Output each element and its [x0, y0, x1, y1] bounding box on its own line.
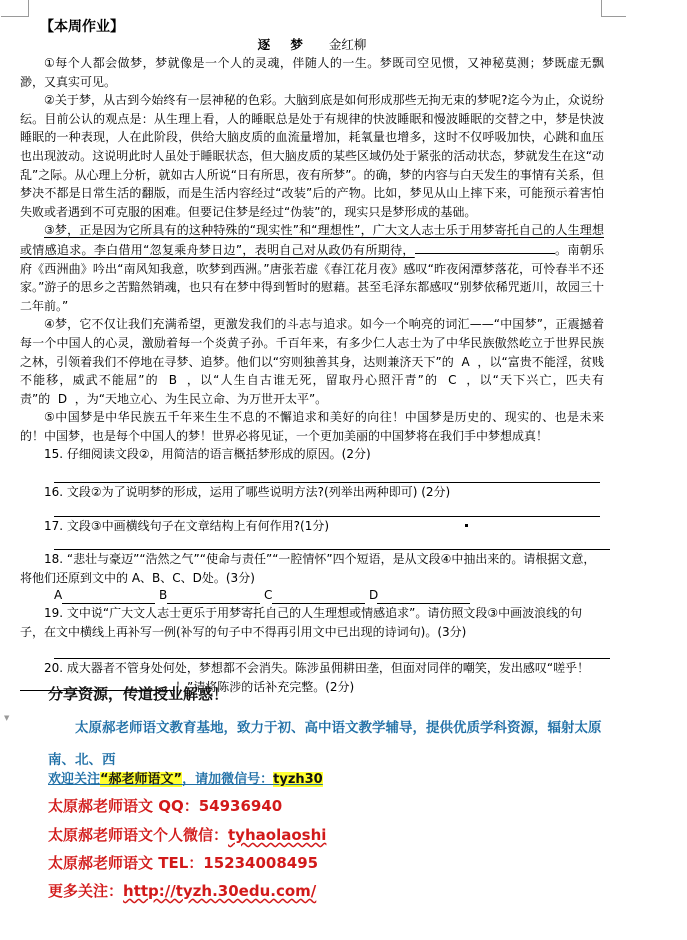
qq-label: 太原郝老师语文 QQ： [48, 797, 199, 815]
article-author: 金红柳 [329, 37, 367, 52]
follow-mid: ，请加微信号： [182, 772, 273, 787]
promo-intro: 太原郝老师语文教育基地，致力于初、高中语文教学辅导，提供优质学科资源，辐射太原南… [48, 712, 618, 776]
slot-c: C [448, 373, 456, 387]
promo-website: 更多关注：http://tyzh.30edu.com/ [48, 880, 648, 901]
page-corner-mark-right [601, 0, 626, 17]
fill-in-blank-q19[interactable] [415, 240, 555, 254]
article-title: 逐 梦 [258, 37, 311, 52]
follow-wechat-id: tyzh30 [273, 772, 323, 787]
answer-line-16[interactable] [54, 502, 600, 517]
slot-d: D [58, 392, 67, 406]
page-corner-mark-left [1, 0, 29, 17]
question-20-text: 20. 成大器者不管身处何处，梦想都不会消失。陈涉虽佣耕田垄，但面对同伴的嘲笑，… [44, 661, 589, 675]
answer-slot-a[interactable]: A [54, 587, 159, 604]
wechat-label: 太原郝老师语文个人微信： [48, 826, 228, 844]
question-18: 18. “悲壮与豪迈”“浩然之气”“使命与责任”“一腔情怀”四个短语，是从文段④… [20, 550, 604, 587]
slot-a: A [461, 355, 469, 369]
paragraph-2: ②关于梦，从古到今始终有一层神秘的色彩。大脑到底是如何形成那些无拘无束的梦呢?迄… [20, 91, 604, 221]
promo-slogan: 分享资源，传道授业解惑！ [48, 683, 648, 704]
website-link[interactable]: http://tyzh.30edu.com/ [123, 882, 316, 900]
question-19: 19. 文中说“广大文人志士更乐于用梦寄托自己的人生理想或情感追求”。请仿照文段… [20, 604, 604, 641]
answer-line-17[interactable] [54, 535, 610, 550]
slot-b: B [169, 373, 177, 387]
answer-slot-b[interactable]: B [159, 587, 264, 604]
article-title-line: 逐 梦 金红柳 [20, 36, 604, 54]
promo-wechat: 太原郝老师语文个人微信：tyhaolaoshi [48, 824, 648, 845]
qq-number: 54936940 [199, 797, 283, 815]
paragraph-3: ③梦，正是因为它所具有的这种特殊的“现实性”和“理想性”，广大文人志士乐于用梦寄… [20, 221, 604, 315]
paragraph-1: ①每个人都会做梦，梦就像是一个人的灵魂，伴随人的一生。梦既司空见惯，又神秘莫测；… [20, 54, 604, 91]
question-15: 15. 仔细阅读文段②，用简洁的语言概括梦形成的原因。(2分) [20, 445, 604, 464]
promo-tel: 太原郝老师语文 TEL：15234008495 [48, 852, 648, 873]
collapse-arrow-icon[interactable]: ▼ [4, 714, 9, 722]
answer-slot-c[interactable]: C [264, 587, 369, 604]
paragraph-5: ⑤中国梦是中华民族五千年来生生不息的不懈追求和美好的向往！中国梦是历史的、现实的… [20, 408, 604, 445]
answer-line-19[interactable] [54, 644, 610, 659]
paragraph-4: ④梦，它不仅让我们充满希望，更激发我们的斗志与追求。如今一个响亮的词汇——“中国… [20, 315, 604, 408]
answer-slot-d[interactable]: D [369, 587, 474, 604]
question-16: 16. 文段②为了说明梦的形成，运用了哪些说明方法?(列举出两种即可) (2分) [20, 483, 604, 502]
wechat-id: tyhaolaoshi [228, 826, 326, 844]
document-page: 【本周作业】 逐 梦 金红柳 ①每个人都会做梦，梦就像是一个人的灵魂，伴随人的一… [20, 18, 604, 697]
paragraph-4-text-c: ，以“人生自古谁无死，留取丹心照汗青”的 [187, 373, 438, 387]
follow-prefix: 欢迎关注 [48, 772, 100, 787]
tel-label: 太原郝老师语文 TEL： [48, 854, 203, 872]
paragraph-4-text-e: ，为“天地立心、为生民立命、为万世开太平”。 [75, 392, 327, 406]
promo-follow-line[interactable]: 欢迎关注“郝老师语文”，请加微信号：tyzh30 [48, 768, 648, 787]
question-17: 17. 文段③中画横线句子在文章结构上有何作用?(1分) [20, 517, 604, 536]
promo-qq: 太原郝老师语文 QQ：54936940 [48, 795, 648, 816]
answer-slots-18: A B C D [54, 587, 604, 604]
section-heading: 【本周作业】 [40, 18, 604, 36]
stray-dot [465, 524, 468, 527]
website-label: 更多关注： [48, 882, 123, 900]
follow-account-name: “郝老师语文” [100, 772, 182, 787]
tel-number: 15234008495 [203, 854, 318, 872]
answer-line-15[interactable] [54, 468, 600, 483]
